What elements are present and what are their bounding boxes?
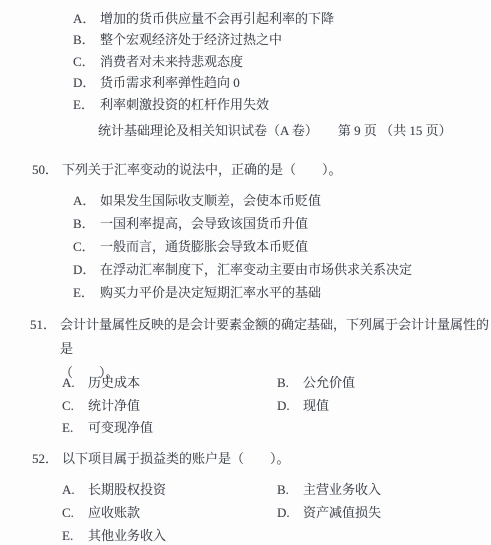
option-label: D. — [277, 395, 303, 418]
option-cell: B.主营业务收入 — [277, 478, 491, 501]
option-text: 如果发生国际收支顺差，会使本币贬值 — [100, 193, 321, 208]
option-row: E．购买力平价是决定短期汇率水平的基础 — [73, 281, 412, 304]
option-row: D．货币需求利率弹性趋向 0 — [73, 72, 334, 93]
option-text: 货币需求利率弹性趋向 0 — [100, 75, 240, 90]
question-52-stem: 52． 以下项目属于损益类的账户是（ ）。 — [32, 448, 290, 470]
option-row: C．一般而言，通货膨胀会导致本币贬值 — [73, 235, 412, 258]
option-text: 一般而言，通货膨胀会导致本币贬值 — [100, 239, 308, 254]
option-cell: A.长期股权投资 — [62, 478, 277, 501]
option-label: E. — [62, 524, 88, 545]
question-52-options: A.长期股权投资 B.主营业务收入 C.应收账款 D.资产减值损失 E.其他业务… — [62, 478, 491, 545]
option-label: D． — [73, 72, 100, 93]
option-row: E．利率刺激投资的杠杆作用失效 — [73, 94, 334, 115]
option-text: 历史成本 — [88, 375, 140, 390]
exam-page: A．增加的货币供应量不会再引起利率的下降 B．整个宏观经济处于经济过热之中 C．… — [0, 0, 491, 545]
question-51-options: A.历史成本 B.公允价值 C.统计净值 D.现值 E.可变现净值 — [62, 372, 491, 440]
option-text: 应收账款 — [88, 505, 140, 520]
option-label: B． — [73, 29, 100, 50]
question-text-line: 会计计量属性反映的是会计要素金额的确定基础，下列属于会计计量属性的是 — [60, 313, 491, 361]
question-text: 下列关于汇率变动的说法中，正确的是（ ）。 — [62, 159, 342, 181]
question-50-options: A．如果发生国际收支顺差，会使本币贬值 B．一国利率提高，会导致该国货币升值 C… — [73, 189, 412, 304]
option-label: A. — [62, 372, 88, 395]
option-row: E.可变现净值 — [62, 417, 491, 440]
option-text: 主营业务收入 — [303, 482, 381, 497]
option-label: A． — [73, 8, 100, 29]
option-label: A． — [73, 189, 100, 212]
option-text: 公允价值 — [303, 375, 355, 390]
option-label: B. — [277, 478, 303, 501]
option-label: C． — [73, 235, 100, 258]
option-label: E． — [73, 281, 100, 304]
option-row: C.统计净值 D.现值 — [62, 395, 491, 418]
option-cell: D.资产减值损失 — [277, 501, 491, 524]
option-text: 整个宏观经济处于经济过热之中 — [100, 32, 282, 47]
option-text: 现值 — [303, 398, 329, 413]
option-text: 其他业务收入 — [88, 528, 166, 543]
exam-title: 统计基础理论及相关知识试卷（A 卷） — [98, 120, 318, 142]
option-text: 可变现净值 — [88, 420, 153, 435]
question-50-stem: 50． 下列关于汇率变动的说法中，正确的是（ ）。 — [32, 159, 342, 181]
option-text: 资产减值损失 — [303, 505, 381, 520]
option-label: E． — [73, 94, 100, 115]
question-number: 51． — [30, 313, 56, 385]
page-number: 第 9 页 （共 15 页） — [338, 120, 452, 142]
question-number: 50． — [32, 159, 58, 181]
option-row: B．一国利率提高，会导致该国货币升值 — [73, 212, 412, 235]
option-row: A.历史成本 B.公允价值 — [62, 372, 491, 395]
question-text: 以下项目属于损益类的账户是（ ）。 — [62, 448, 290, 470]
option-label: B． — [73, 212, 100, 235]
option-row: D．在浮动汇率制度下，汇率变动主要由市场供求关系决定 — [73, 258, 412, 281]
option-row: A．如果发生国际收支顺差，会使本币贬值 — [73, 189, 412, 212]
option-text: 增加的货币供应量不会再引起利率的下降 — [100, 11, 334, 26]
option-row: A．增加的货币供应量不会再引起利率的下降 — [73, 8, 334, 29]
option-row: A.长期股权投资 B.主营业务收入 — [62, 478, 491, 501]
question-49-options: A．增加的货币供应量不会再引起利率的下降 B．整个宏观经济处于经济过热之中 C．… — [73, 8, 334, 115]
page-footer: 统计基础理论及相关知识试卷（A 卷） 第 9 页 （共 15 页） — [98, 120, 452, 142]
question-number: 52． — [32, 448, 58, 470]
option-label: B. — [277, 372, 303, 395]
option-row: C．消费者对未来持悲观态度 — [73, 51, 334, 72]
option-label: E. — [62, 417, 88, 440]
option-label: D． — [73, 258, 100, 281]
option-cell: E.其他业务收入 — [62, 524, 277, 545]
option-text: 长期股权投资 — [88, 482, 166, 497]
option-text: 利率刺激投资的杠杆作用失效 — [100, 97, 269, 112]
option-cell: C.统计净值 — [62, 395, 277, 418]
option-row: B．整个宏观经济处于经济过热之中 — [73, 29, 334, 50]
option-label: C． — [73, 51, 100, 72]
option-label: C. — [62, 395, 88, 418]
option-label: A. — [62, 478, 88, 501]
option-cell: C.应收账款 — [62, 501, 277, 524]
option-row: E.其他业务收入 — [62, 524, 491, 545]
option-cell: A.历史成本 — [62, 372, 277, 395]
option-text: 统计净值 — [88, 398, 140, 413]
option-cell: B.公允价值 — [277, 372, 491, 395]
option-text: 购买力平价是决定短期汇率水平的基础 — [100, 285, 321, 300]
option-cell: D.现值 — [277, 395, 491, 418]
option-text: 一国利率提高，会导致该国货币升值 — [100, 216, 308, 231]
option-text: 消费者对未来持悲观态度 — [100, 54, 243, 69]
option-label: C. — [62, 501, 88, 524]
option-label: D. — [277, 501, 303, 524]
option-cell: E.可变现净值 — [62, 417, 277, 440]
option-text: 在浮动汇率制度下，汇率变动主要由市场供求关系决定 — [100, 262, 412, 277]
option-row: C.应收账款 D.资产减值损失 — [62, 501, 491, 524]
